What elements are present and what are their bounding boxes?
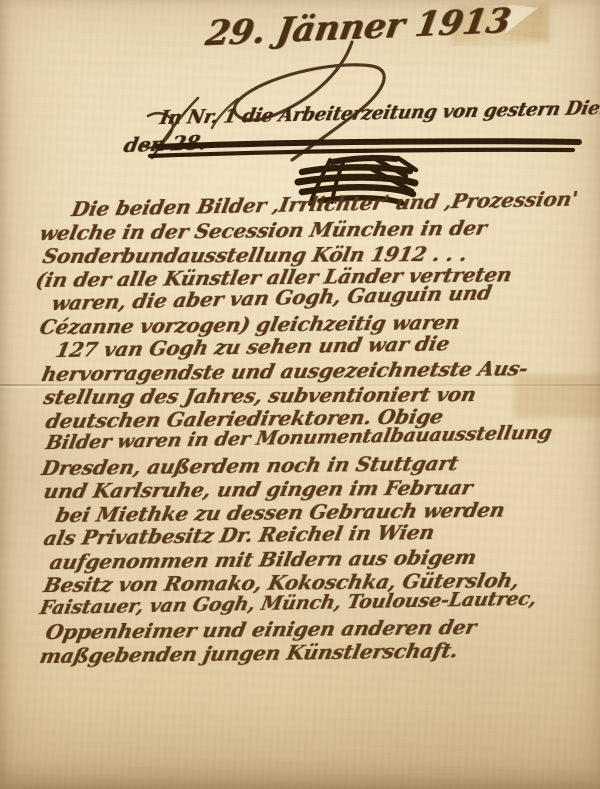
letter-paper: 29. Jänner 1913 In Nr. 1 die Arbeiterzei…	[0, 0, 600, 789]
heading-line-2: den 28.	[122, 130, 209, 157]
body-line-1: Die beiden Bilder ‚Irrlichter' und ‚Proz…	[70, 186, 580, 221]
double-underline-top	[158, 141, 579, 147]
tape-right-edge	[514, 374, 600, 418]
double-underline-bottom	[150, 150, 573, 156]
date-line: 29. Jänner 1913	[203, 1, 514, 54]
body-line-2: welche in der Secession München in der	[38, 216, 489, 245]
heading-line-1: In Nr. 1 die Arbeiterzeitung von gestern…	[158, 96, 600, 129]
date-flourish-stroke	[234, 42, 384, 160]
body-line-20: maßgebenden jungen Künstlerschaft.	[38, 638, 460, 668]
